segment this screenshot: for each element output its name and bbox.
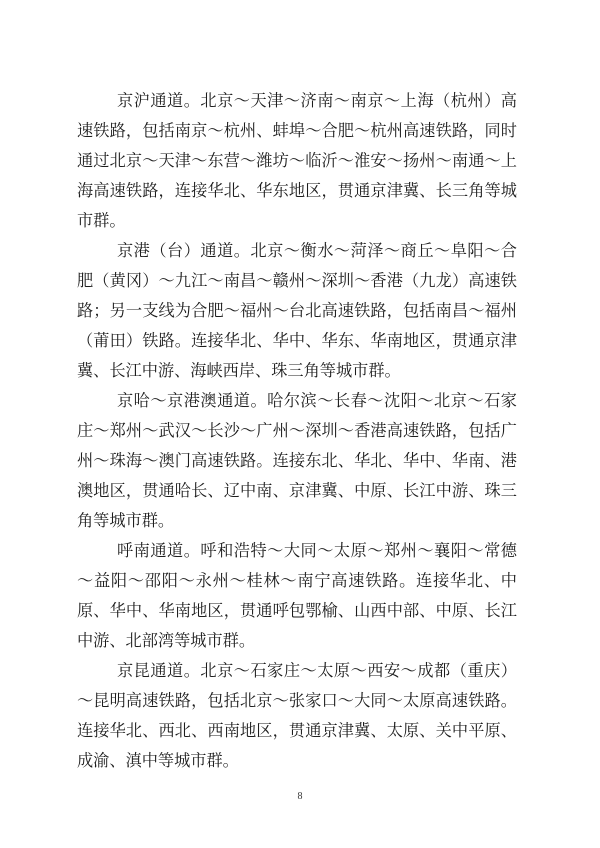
document-page: 京沪通道。北京～天津～济南～南京～上海（杭州）高速铁路，包括南京～杭州、蚌埠～合… xyxy=(0,0,600,848)
document-body-text: 京沪通道。北京～天津～济南～南京～上海（杭州）高速铁路，包括南京～杭州、蚌埠～合… xyxy=(77,86,517,776)
paragraph-jingha-jinggangao-corridor: 京哈～京港澳通道。哈尔滨～长春～沈阳～北京～石家庄～郑州～武汉～长沙～广州～深圳… xyxy=(77,386,517,536)
page-footer: 8 xyxy=(0,786,600,804)
paragraph-jinggang-tai-corridor: 京港（台）通道。北京～衡水～菏泽～商丘～阜阳～合肥（黄冈）～九江～南昌～赣州～深… xyxy=(77,236,517,386)
paragraph-hunan-corridor: 呼南通道。呼和浩特～大同～太原～郑州～襄阳～常德～益阳～邵阳～永州～桂林～南宁高… xyxy=(77,536,517,656)
paragraph-jinghu-corridor: 京沪通道。北京～天津～济南～南京～上海（杭州）高速铁路，包括南京～杭州、蚌埠～合… xyxy=(77,86,517,236)
paragraph-jingkun-corridor: 京昆通道。北京～石家庄～太原～西安～成都（重庆）～昆明高速铁路，包括北京～张家口… xyxy=(77,656,517,776)
page-number: 8 xyxy=(298,791,303,802)
